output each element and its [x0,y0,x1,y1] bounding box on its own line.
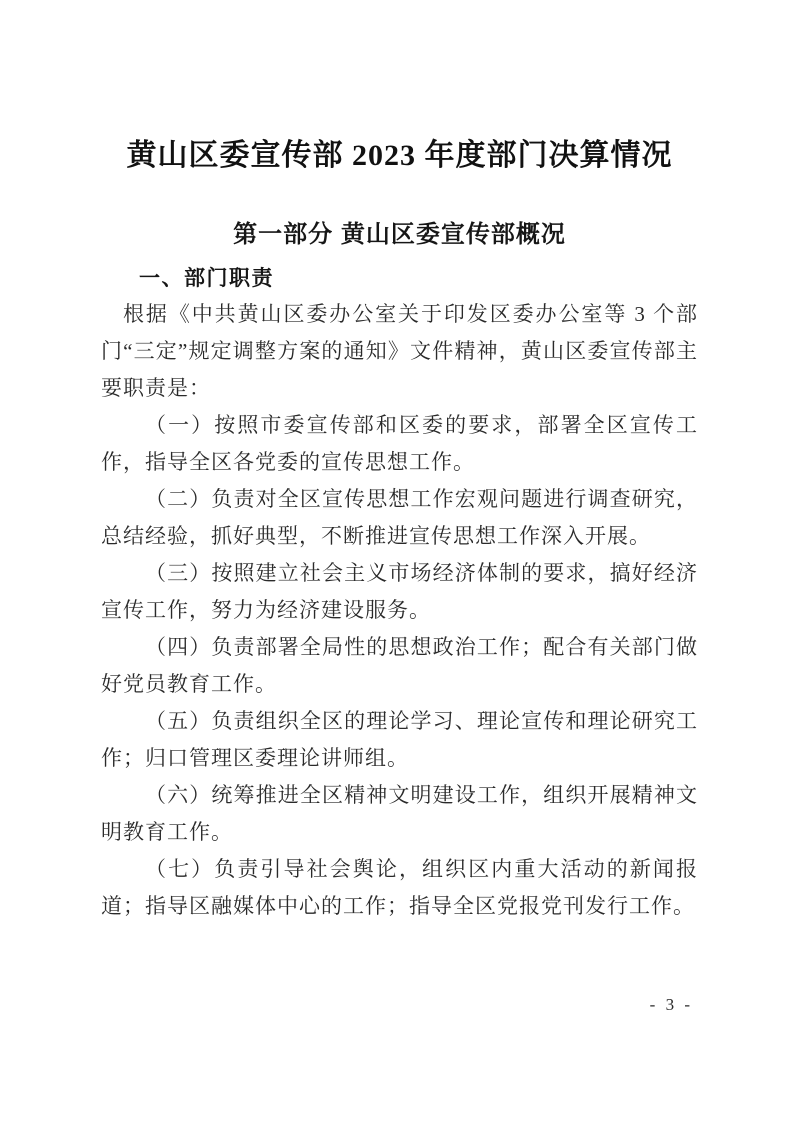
paragraph-duty-3: （三）按照建立社会主义市场经济体制的要求，搞好经济宣传工作，努力为经济建设服务。 [101,555,698,629]
paragraph-duty-6: （六）统筹推进全区精神文明建设工作，组织开展精神文明教育工作。 [101,777,698,851]
subsection-heading: 一、部门职责 [101,262,698,296]
paragraph-duty-7: （七）负责引导社会舆论，组织区内重大活动的新闻报道；指导区融媒体中心的工作；指导… [101,851,698,925]
page-number: - 3 - [650,995,693,1015]
paragraph-intro: 根据《中共黄山区委办公室关于印发区委办公室等 3 个部门“三定”规定调整方案的通… [101,296,698,407]
document-page: 黄山区委宣传部 2023 年度部门决算情况 第一部分 黄山区委宣传部概况 一、部… [0,0,794,1122]
paragraph-duty-5: （五）负责组织全区的理论学习、理论宣传和理论研究工作；归口管理区委理论讲师组。 [101,703,698,777]
section-heading: 第一部分 黄山区委宣传部概况 [101,220,698,250]
paragraph-duty-2: （二）负责对全区宣传思想工作宏观问题进行调查研究，总结经验，抓好典型，不断推进宣… [101,481,698,555]
paragraph-duty-4: （四）负责部署全局性的思想政治工作；配合有关部门做好党员教育工作。 [101,629,698,703]
paragraph-duty-1: （一）按照市委宣传部和区委的要求，部署全区宣传工作，指导全区各党委的宣传思想工作… [101,407,698,481]
document-title: 黄山区委宣传部 2023 年度部门决算情况 [101,136,698,176]
